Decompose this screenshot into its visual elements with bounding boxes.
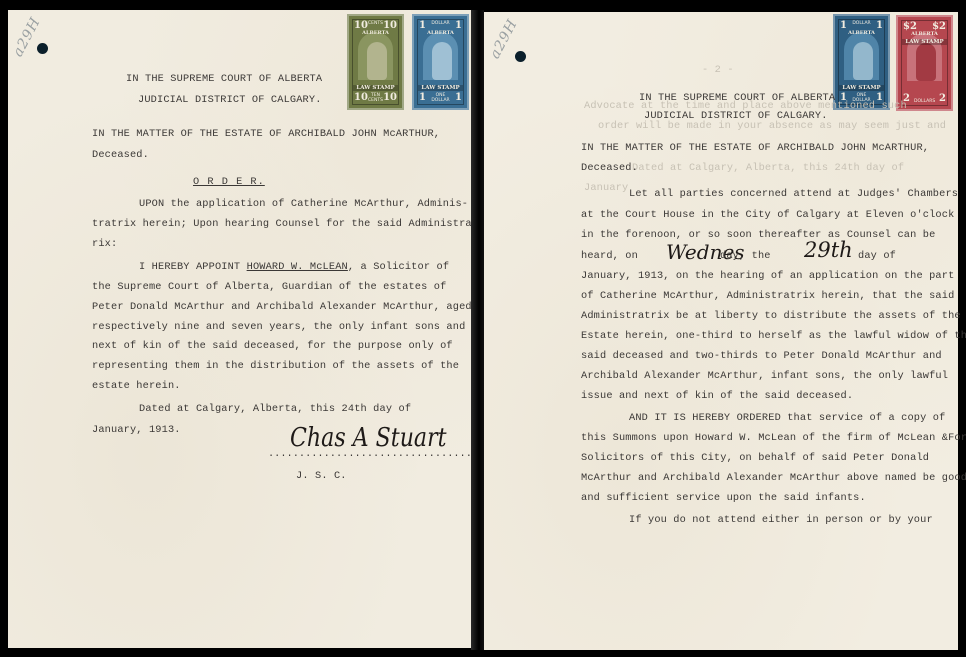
body-line: estate herein. [92, 380, 181, 392]
signature-title: J. S. C. [296, 470, 347, 482]
matter-deceased: Deceased. [92, 149, 149, 161]
body-line: of Catherine McArthur, Administratrix he… [581, 290, 954, 302]
body-line: Solicitors of this City, on behalf of sa… [581, 452, 929, 464]
document-page-1: a29H 10 10 CENTS ALBERTA LAW STAMP 10 TE… [8, 10, 471, 648]
body-line: representing them in the distribution of… [92, 360, 459, 372]
page-divider [471, 10, 484, 650]
order-heading: O R D E R. [193, 176, 265, 188]
body-line: at the Court House in the City of Calgar… [581, 209, 954, 221]
body-line: Peter Donald McArthur and Archibald Alex… [92, 301, 472, 313]
body-line: McArthur and Archibald Alexander McArthu… [581, 472, 966, 484]
body-line: respectively nine and seven years, the o… [92, 321, 465, 333]
body-line: heard, on [581, 250, 638, 262]
body-line: issue and next of kin of the said deceas… [581, 390, 853, 402]
law-stamp-1-dollar: 1 1 DOLLAR ALBERTA LAW STAMP 1 ONE DOLLA… [412, 14, 469, 110]
body-line: day of [858, 250, 896, 262]
punch-hole [37, 43, 48, 54]
body-line: the Supreme Court of Alberta, Guardian o… [92, 281, 446, 293]
matter-title: IN THE MATTER OF THE ESTATE OF ARCHIBALD… [92, 128, 440, 140]
appointment-line: I HEREBY APPOINT HOWARD W. McLEAN, a Sol… [139, 261, 449, 273]
law-stamp-1-dollar: 1 1 DOLLAR ALBERTA LAW STAMP 1 ONE DOLLA… [833, 14, 890, 110]
body-line: Let all parties concerned attend at Judg… [629, 188, 958, 200]
handwritten-date: 29th [804, 238, 853, 262]
court-name: IN THE SUPREME COURT OF ALBERTA [126, 73, 322, 85]
appointee-name: HOWARD W. McLEAN [247, 261, 348, 273]
bleed-through-text: Dated at Calgary, Alberta, this 24th day… [632, 162, 904, 174]
body-line: said deceased and two-thirds to Peter Do… [581, 350, 942, 362]
judge-signature: Chas A Stuart [290, 423, 447, 453]
bleed-through-text: January [584, 182, 628, 194]
body-line: AND IT IS HEREBY ORDERED that service of… [629, 412, 945, 424]
judicial-district: JUDICIAL DISTRICT OF CALGARY. [644, 110, 828, 122]
body-line: Archibald Alexander McArthur, infant son… [581, 370, 948, 382]
court-name: IN THE SUPREME COURT OF ALBERTA [639, 92, 835, 104]
punch-hole [515, 51, 526, 62]
body-line: this Summons upon Howard W. McLean of th… [581, 432, 966, 444]
body-line: next of kin of the said deceased, for th… [92, 340, 453, 352]
judicial-district: JUDICIAL DISTRICT OF CALGARY. [138, 94, 322, 106]
body-line: January, 1913, on the hearing of an appl… [581, 270, 954, 282]
body-line: Administratrix be at liberty to distribu… [581, 310, 961, 322]
body-line: rix: [92, 238, 117, 250]
body-line: UPON the application of Catherine McArth… [139, 198, 468, 210]
matter-title: IN THE MATTER OF THE ESTATE OF ARCHIBALD… [581, 142, 929, 154]
matter-deceased: Deceased. [581, 162, 638, 174]
dated-year: January, 1913. [92, 424, 181, 436]
page-number: - 2 - [702, 64, 734, 76]
body-line: and sufficient service upon the said inf… [581, 492, 866, 504]
law-stamp-10-cents: 10 10 CENTS ALBERTA LAW STAMP 10 TEN CEN… [347, 14, 404, 110]
body-line: tratrix herein; Upon hearing Counsel for… [92, 218, 484, 230]
body-line: Estate herein, one-third to herself as t… [581, 330, 966, 342]
dated-line: Dated at Calgary, Alberta, this 24th day… [139, 403, 411, 415]
document-page-2: a29H 1 1 DOLLAR ALBERTA LAW STAMP 1 ONE … [484, 12, 958, 650]
law-stamp-2-dollars: $2 $2 ALBERTA LAW STAMP 2 DOLLARS 2 [896, 15, 953, 111]
body-line: If you do not attend either in person or… [629, 514, 933, 526]
body-line: day, the [720, 250, 771, 262]
body-line: in the forenoon, or so soon thereafter a… [581, 229, 935, 241]
